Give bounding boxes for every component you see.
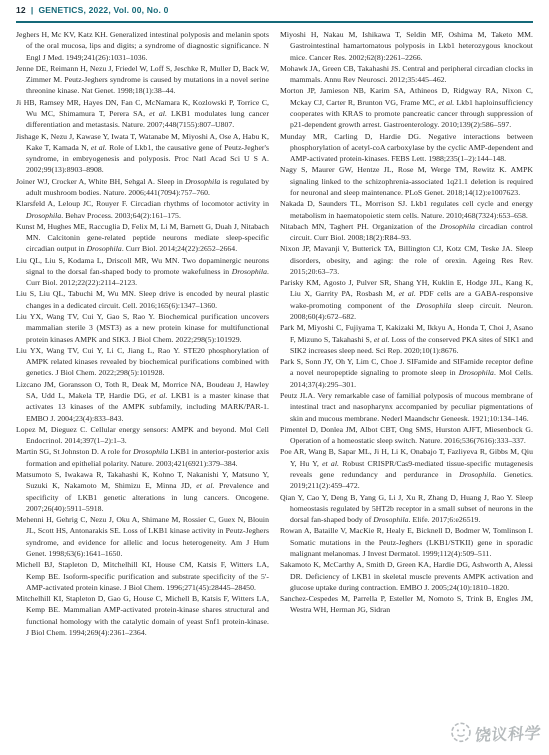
reference-entry: Park M, Miyoshi C, Fujiyama T, Kakizaki … — [280, 322, 533, 356]
reference-entry: Sakamoto K, McCarthy A, Smith D, Green K… — [280, 559, 533, 593]
watermark-stamp: 饶议科学 — [449, 714, 548, 751]
reference-entry: Munday MR, Carling D, Hardie DG. Negativ… — [280, 131, 533, 165]
journal-citation: GENETICS, 2022, Vol. 00, No. 0 — [38, 5, 168, 15]
reference-entry: Mitchelhill KI, Stapleton D, Gao G, Hous… — [16, 593, 269, 638]
reference-entry: Nagy S, Maurer GW, Hentze JL, Rose M, We… — [280, 164, 533, 198]
reference-entry: Jeghers H, Mc KV, Katz KH. Generalized i… — [16, 29, 269, 63]
reference-entry: Liu QL, Liu S, Kodama L, Driscoll MR, Wu… — [16, 255, 269, 289]
running-head: 12|GENETICS, 2022, Vol. 00, No. 0 — [16, 5, 533, 15]
reference-entry: Joiner WJ, Crocker A, White BH, Sehgal A… — [16, 176, 269, 199]
reference-entry: Liu YX, Wang TV, Cui Y, Li C, Jiang L, R… — [16, 345, 269, 379]
reference-entry: Poe AR, Wang B, Sapar ML, Ji H, Li K, On… — [280, 446, 533, 491]
reference-entry: Miyoshi H, Nakau M, Ishikawa T, Seldin M… — [280, 29, 533, 63]
reference-entry: Qian Y, Cao Y, Deng B, Yang G, Li J, Xu … — [280, 492, 533, 526]
reference-entry: Lopez M, Dieguez C. Cellular energy sens… — [16, 424, 269, 447]
reference-entry: Liu S, Liu QL, Tabuchi M, Wu MN. Sleep d… — [16, 288, 269, 311]
reference-entry: Kunst M, Hughes ME, Raccuglia D, Felix M… — [16, 221, 269, 255]
reference-entry: Klarsfeld A, Leloup JC, Rouyer F. Circad… — [16, 198, 269, 221]
page-number: 12 — [16, 5, 26, 15]
reference-entry: Park S, Sonn JY, Oh Y, Lim C, Choe J. SI… — [280, 356, 533, 390]
watermark-text: 饶议科学 — [474, 720, 542, 745]
reference-entry: Parisky KM, Agosto J, Pulver SR, Shang Y… — [280, 277, 533, 322]
reference-entry: Morton JP, Jamieson NB, Karim SA, Athine… — [280, 85, 533, 130]
reference-entry: Sanchez-Cespedes M, Parrella P, Esteller… — [280, 593, 533, 616]
reference-entry: Matsumoto S, Iwakawa R, Takahashi K, Koh… — [16, 469, 269, 514]
reference-entry: Jenne DE, Reimann H, Nezu J, Friedel W, … — [16, 63, 269, 97]
reference-entry: Ji HB, Ramsey MR, Hayes DN, Fan C, McNam… — [16, 97, 269, 131]
reference-entry: Michell BJ, Stapleton D, Mitchelhill KI,… — [16, 559, 269, 593]
header-rule — [16, 21, 533, 23]
references-column-right: Miyoshi H, Nakau M, Ishikawa T, Seldin M… — [280, 29, 533, 638]
reference-entry: Rowan A, Bataille V, MacKie R, Healy E, … — [280, 525, 533, 559]
reference-entry: Nitabach MN, Taghert PH. Organization of… — [280, 221, 533, 244]
reference-entry: Martin SG, St Johnston D. A role for Dro… — [16, 446, 269, 469]
reference-entry: Peutz JLA. Very remarkable case of famil… — [280, 390, 533, 424]
header-separator: | — [31, 5, 34, 15]
watermark-logo-icon — [450, 720, 473, 748]
reference-entry: Jishage K, Nezu J, Kawase Y, Iwata T, Wa… — [16, 131, 269, 176]
reference-entry: Mohawk JA, Green CB, Takahashi JS. Centr… — [280, 63, 533, 86]
reference-entry: Nixon JP, Mavanji V, Butterick TA, Billi… — [280, 243, 533, 277]
reference-entry: Mehenni H, Gehrig C, Nezu J, Oku A, Shim… — [16, 514, 269, 559]
reference-entry: Pimentel D, Donlea JM, Albot CBT, Ong SM… — [280, 424, 533, 447]
references-section: Jeghers H, Mc KV, Katz KH. Generalized i… — [16, 29, 533, 638]
reference-entry: Lizcano JM, Goransson O, Toth R, Deak M,… — [16, 379, 269, 424]
reference-entry: Liu YX, Wang TV, Cui Y, Gao S, Rao Y. Bi… — [16, 311, 269, 345]
references-column-left: Jeghers H, Mc KV, Katz KH. Generalized i… — [16, 29, 269, 638]
reference-entry: Nakada D, Saunders TL, Morrison SJ. Lkb1… — [280, 198, 533, 221]
